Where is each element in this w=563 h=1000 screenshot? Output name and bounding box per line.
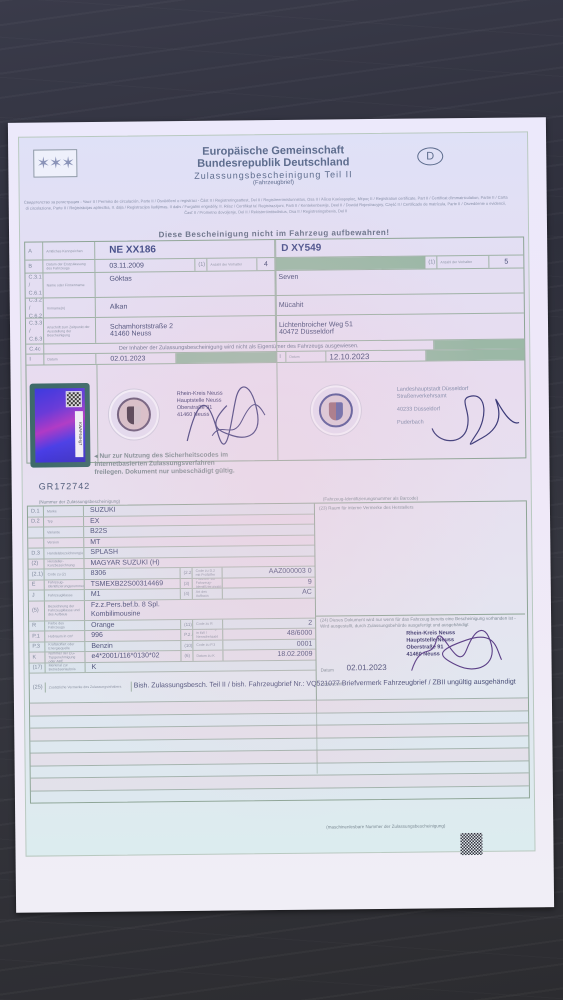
code-b: B [25, 260, 43, 272]
green-bar-date-right [426, 349, 524, 360]
certificate-serial-number: GR172742 [39, 481, 91, 492]
plate-left: NE XX186 [95, 240, 275, 259]
row-value: TSMEXB22S00314469 [85, 579, 181, 590]
previous-holders-right: 5 [489, 255, 523, 267]
row-extra-code: (10) [181, 640, 193, 650]
vehicle-row: (17)Merkmal zur BetriebserlaubnisK [30, 660, 316, 673]
label-date-right: Datum [286, 352, 326, 362]
issue-date-lower: 02.01.2023 [347, 663, 387, 672]
row-value: M1 [85, 589, 181, 600]
row-value: 996 [85, 630, 181, 641]
signature-lower [406, 620, 507, 681]
signature-neuss [177, 380, 273, 451]
zulassungsbescheinigung-teil-ii: ✶✶✶ Europäische Gemeinschaft Bundesrepub… [18, 131, 536, 856]
row-label: Kraftstoffart oder Energiequelle [45, 642, 85, 652]
date-left: 02.01.2023 [96, 353, 176, 364]
code-c31: C.3.1 / C.6.1 [25, 273, 43, 297]
row-extra-code: (4) [181, 589, 193, 599]
label-first-name: Vorname(n) [44, 298, 96, 318]
signature-duesseldorf [427, 387, 523, 448]
row-label: Hersteller-Kurzbezeichnung [44, 559, 84, 569]
row-extra-label: Code zu D.2 mit Prüfziffer [193, 568, 223, 578]
code-holders-left: (1) [195, 259, 207, 271]
machine-readable-caption: (maschinenlesbare Nummer der Zulassungsb… [326, 823, 445, 829]
row-code [28, 538, 44, 548]
row-code: R [29, 621, 45, 631]
first-registration-date: 03.11.2009 [95, 259, 195, 272]
code-c32: C.3.2 / C.6.2 [26, 298, 44, 317]
row-code: J [29, 590, 45, 600]
row-code: E [29, 580, 45, 590]
row-value: Benzin [85, 641, 181, 652]
row-code: D.2 [28, 517, 44, 527]
first-name-right: Mücahit [276, 293, 524, 315]
row-label: Farbe des Fahrzeugs [45, 621, 85, 631]
row-label: Merkmal zur Betriebserlaubnis [46, 663, 86, 673]
row-label: Version [44, 538, 84, 548]
label-plate: Amtliches Kennzeichen [43, 242, 95, 260]
label-holders-left: Anzahl der Vorhalter [207, 258, 257, 271]
row-extra-code: (6) [181, 651, 193, 661]
row-label: Marke [44, 506, 84, 516]
code-i-right: I [276, 352, 286, 362]
green-bar-right [275, 256, 425, 270]
green-bar-owner [434, 339, 524, 349]
vin-barcode-caption: (Fahrzeug-Identifizierungsnummer als Bar… [323, 496, 418, 502]
row-value: Fz.z.Pers.bef.b. 8 Spl.Kombilimousine [85, 598, 315, 619]
row-extra-label: Prüfziffer zur Fahrzeug-Identifizierungs… [193, 578, 223, 588]
code-holders-right: (1) [425, 256, 437, 268]
row-code: (17) [30, 663, 46, 673]
row-value: e4*2001/116*0130*02 [85, 651, 181, 662]
row-extra-value: 0001 [223, 639, 315, 649]
row-code: P.1 [29, 631, 45, 641]
row-extra-value: 2 [223, 618, 315, 628]
row-extra-value: 18.02.2009 [223, 650, 315, 660]
security-notice: ◂ Nur zur Nutzung des Sicherheitscodes i… [94, 451, 244, 477]
stamp-area-left-border [96, 365, 98, 462]
row-label: Fahrzeug-Identifizierungsnummer [45, 580, 85, 590]
row-label: Nummer der EG-Typgenehmigung oder ABE [45, 652, 85, 662]
serial-caption: (Nummer der Zulassungsbescheinigung) [39, 499, 120, 505]
row-extra-label: Nennleistung in kW / Nenndrehzahl bei mi… [193, 630, 223, 640]
first-name-left: Alkan [96, 296, 276, 317]
row-extra-code: P.2 / P.4 [181, 630, 193, 640]
label-address: Anschrift zum Zeitpunkt der Ausstellung … [44, 318, 96, 344]
label-first-registration: Datum der Erstzulassung des Fahrzeugs [43, 260, 95, 273]
code-i-left: I [26, 354, 44, 364]
registration-certificate-paper: ✶✶✶ Europäische Gemeinschaft Bundesrepub… [8, 117, 554, 913]
row-label: Variante [44, 527, 84, 537]
label-date-left: Datum [44, 354, 96, 365]
row-extra-label: Datum zu K [193, 651, 223, 661]
row-extra-code: (2.2) [181, 568, 193, 578]
row-extra-value: AC [223, 588, 315, 598]
label-holders-right: Anzahl der Vorhalter [437, 256, 489, 269]
row-code: D.1 [28, 506, 44, 516]
row-value: K [86, 660, 316, 672]
remarks-row: (25) Zusätzliche Vermerke des Zulassungs… [30, 677, 528, 682]
row-extra-code: (3) [181, 578, 193, 588]
document-header: Europäische Gemeinschaft Bundesrepublik … [19, 142, 527, 188]
row-code: D.3 [28, 548, 44, 558]
name-left: Göktas [95, 271, 275, 297]
row-code: (2) [28, 559, 44, 569]
label-remarks: Zusätzliche Vermerke des Zulassungsinhab… [46, 682, 132, 693]
code-25: (25) [30, 682, 46, 692]
row-value: Orange [85, 620, 181, 631]
address-left-city: 41460 Neuss [110, 330, 151, 337]
plate-right: D XY549 [275, 237, 523, 257]
official-seal-neuss: 109 [109, 389, 160, 440]
address-right: Lichtenbroicher Weg 51 40472 Düsseldorf [276, 313, 524, 341]
name-right: Seven [275, 268, 523, 295]
row-extra-code: (11) [181, 619, 193, 629]
date-label-lower: Datum [321, 667, 334, 672]
code-a: A [25, 242, 43, 259]
code-c4c: C.4c [26, 344, 44, 353]
previous-holders-left: 4 [257, 258, 275, 270]
row-label: Bezeichnung der Fahrzeugklasse und des A… [45, 601, 85, 620]
row-value-line: Fz.z.Pers.bef.b. 8 Spl. [91, 600, 160, 610]
row-value: 8306 [85, 568, 181, 579]
row-label: Fahrzeugklasse [45, 590, 85, 600]
row-extra-label: Code zu R [193, 619, 223, 629]
address-right-city: 40472 Düsseldorf [279, 328, 334, 336]
row-extra-label: Code zu P.3 [193, 640, 223, 650]
row-code [28, 527, 44, 537]
internal-notes-caption: (23) Raum für interne Vermerke des Herst… [319, 505, 414, 511]
security-hologram: KWAF6dHg7 [30, 383, 91, 468]
label-name: Name oder Firmenname [43, 273, 95, 298]
date-right: 12.10.2023 [326, 350, 426, 361]
row-extra-value: AAZ000003 0 [223, 567, 315, 577]
row-extra-value: 48/6000 [223, 629, 315, 639]
row-code: (2.1) [29, 569, 45, 579]
row-label: Hubraum in cm³ [45, 631, 85, 641]
security-notice-text: Nur zur Nutzung des Sicherheitscodes im … [94, 452, 234, 476]
row-value-line: Kombilimousine [91, 609, 141, 619]
address-left: Schamhorststraße 2 41460 Neuss [96, 316, 276, 343]
row-label: Code zu (2) [45, 569, 85, 579]
vehicle-table: D.1MarkeSUZUKID.2TypEXVarianteB22SVersio… [27, 500, 530, 803]
green-bar-date [176, 352, 276, 363]
hologram-code: KWAF6dHg7 [75, 411, 83, 457]
hologram-qr-icon [66, 391, 82, 407]
row-code: P.3 [29, 642, 45, 652]
row-extra-label: Art des Aufbaus [193, 589, 223, 599]
row-extra-value: 9 [223, 577, 315, 587]
row-label: Handelsbezeichnung(en) [44, 548, 84, 558]
row-code: (5) [29, 601, 45, 620]
code-c33: C.3.3 / C.6.3 [26, 318, 44, 343]
row-label: Typ [44, 517, 84, 527]
holder-table: A Amtliches Kennzeichen NE XX186 D XY549… [24, 236, 526, 463]
datamatrix-code-icon [460, 833, 482, 855]
official-seal-duesseldorf [311, 385, 362, 436]
row-code: K [29, 652, 45, 662]
multilingual-title-note: Свидетелство за регистрация - Част II / … [24, 195, 508, 218]
